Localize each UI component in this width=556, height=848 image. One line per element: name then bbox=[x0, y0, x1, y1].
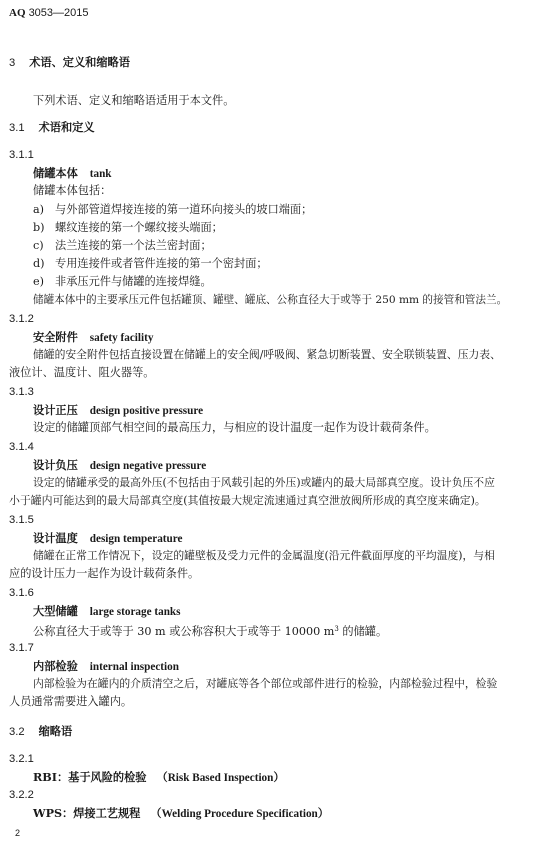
term-zh: 内部检验 bbox=[33, 659, 78, 673]
term-zh: 储罐本体 bbox=[33, 166, 78, 180]
term-definition-line: 设定的储罐承受的最高外压(不包括由于风载引起的外压)或罐内的最大局部真空度。设计… bbox=[33, 476, 495, 490]
list-item: d)专用连接件或者管件连接的第一个密封面； bbox=[33, 257, 268, 271]
term-zh: 设计负压 bbox=[33, 458, 78, 472]
term-zh: 设计正压 bbox=[33, 403, 78, 417]
standard-code: AQ bbox=[9, 7, 26, 19]
list-text: 法兰连接的第一个法兰密封面； bbox=[55, 239, 212, 252]
abbr-term: WPS：焊接工艺规程 bbox=[33, 806, 140, 820]
term-heading: 设计温度design temperature bbox=[33, 531, 182, 546]
list-text: 非承压元件与储罐的连接焊缝。 bbox=[55, 275, 212, 288]
list-marker: c) bbox=[33, 239, 55, 253]
list-item: a)与外部管道焊接连接的第一道环向接头的坡口端面； bbox=[33, 203, 312, 217]
list-marker: a) bbox=[33, 203, 55, 217]
list-marker: b) bbox=[33, 221, 55, 235]
section-title: 缩略语 bbox=[39, 726, 73, 738]
term-number: 3.1.4 bbox=[9, 440, 34, 454]
term-number: 3.1.3 bbox=[9, 385, 34, 399]
abbr-term: RBI：基于风险的检验 bbox=[33, 770, 147, 784]
list-item: e)非承压元件与储罐的连接焊缝。 bbox=[33, 275, 212, 289]
term-heading: 安全附件safety facility bbox=[33, 330, 153, 345]
term-heading: 储罐本体tank bbox=[33, 166, 112, 181]
section-3-heading: 3术语、定义和缩略语 bbox=[9, 56, 130, 70]
term-definition-line: 公称直径大于或等于 30 m 或公称容积大于或等于 10000 m3 的储罐。 bbox=[33, 622, 387, 639]
section-3-intro: 下列术语、定义和缩略语适用于本文件。 bbox=[33, 94, 234, 108]
term-number: 3.1.5 bbox=[9, 513, 34, 527]
standard-number: 3053—2015 bbox=[29, 7, 89, 19]
term-heading: 内部检验internal inspection bbox=[33, 659, 179, 674]
term-definition-line: 人员通常需要进入罐内。 bbox=[9, 695, 132, 709]
section-3-1-heading: 3.1术语和定义 bbox=[9, 121, 95, 135]
term-zh: 安全附件 bbox=[33, 330, 78, 344]
section-number: 3.1 bbox=[9, 122, 25, 134]
section-3-2-heading: 3.2缩略语 bbox=[9, 725, 72, 739]
list-text: 螺纹连接的第一个螺纹接头端面； bbox=[55, 221, 223, 234]
section-number: 3.2 bbox=[9, 726, 25, 738]
list-item: b)螺纹连接的第一个螺纹接头端面； bbox=[33, 221, 223, 235]
list-text: 与外部管道焊接连接的第一道环向接头的坡口端面； bbox=[55, 203, 312, 216]
term-definition-line: 储罐本体包括： bbox=[33, 184, 111, 198]
page-number: 2 bbox=[15, 826, 20, 840]
standard-header: AQ 3053—2015 bbox=[9, 6, 89, 20]
term-definition-line: 储罐在正常工作情况下，设定的罐壁板及受力元件的金属温度(沿元件截面厚度的平均温度… bbox=[33, 549, 495, 563]
term-definition-line: 设定的储罐顶部气相空间的最高压力，与相应的设计温度一起作为设计载荷条件。 bbox=[33, 421, 436, 435]
term-definition-line: 储罐本体中的主要承压元件包括罐顶、罐壁、罐底、公称直径大于或等于 250 mm … bbox=[33, 293, 507, 307]
list-marker: e) bbox=[33, 275, 55, 289]
section-title: 术语和定义 bbox=[39, 122, 95, 134]
term-en: tank bbox=[90, 168, 112, 180]
abbr-full: （Welding Procedure Specification） bbox=[150, 808, 329, 820]
term-definition-line: 内部检验为在罐内的介质清空之后，对罐底等各个部位或部件进行的检验，内部检验过程中… bbox=[33, 677, 497, 691]
section-title: 术语、定义和缩略语 bbox=[29, 57, 130, 69]
term-heading: 设计负压design negative pressure bbox=[33, 458, 206, 473]
term-number: 3.1.7 bbox=[9, 641, 34, 655]
term-definition-line: 储罐的安全附件包括直接设置在储罐上的安全阀/呼吸阀、紧急切断装置、安全联锁装置、… bbox=[33, 348, 501, 362]
list-text: 专用连接件或者管件连接的第一个密封面； bbox=[55, 257, 268, 270]
abbr-entry: WPS：焊接工艺规程（Welding Procedure Specificati… bbox=[33, 806, 329, 821]
section-number: 3 bbox=[9, 57, 15, 69]
term-zh: 大型储罐 bbox=[33, 604, 78, 618]
abbr-number: 3.2.1 bbox=[9, 752, 34, 766]
term-definition-line: 小于罐内可能达到的最大局部真空度(其值按最大规定流速通过真空泄放阀所形成的真空度… bbox=[9, 494, 486, 508]
term-number: 3.1.1 bbox=[9, 148, 34, 162]
term-heading: 大型储罐large storage tanks bbox=[33, 604, 181, 619]
term-en: large storage tanks bbox=[90, 606, 181, 618]
term-en: internal inspection bbox=[90, 661, 179, 673]
term-en: safety facility bbox=[90, 332, 154, 344]
list-marker: d) bbox=[33, 257, 55, 271]
term-en: design negative pressure bbox=[90, 460, 206, 472]
definition-text: 的储罐。 bbox=[339, 625, 387, 638]
term-zh: 设计温度 bbox=[33, 531, 78, 545]
term-en: design positive pressure bbox=[90, 405, 203, 417]
abbr-full: （Risk Based Inspection） bbox=[157, 772, 285, 784]
term-en: design temperature bbox=[90, 533, 183, 545]
abbr-entry: RBI：基于风险的检验（Risk Based Inspection） bbox=[33, 770, 285, 785]
abbr-number: 3.2.2 bbox=[9, 788, 34, 802]
term-number: 3.1.2 bbox=[9, 312, 34, 326]
term-definition-line: 液位计、温度计、阻火器等。 bbox=[9, 366, 154, 380]
term-heading: 设计正压design positive pressure bbox=[33, 403, 203, 418]
term-definition-line: 应的设计压力一起作为设计载荷条件。 bbox=[9, 567, 199, 581]
definition-text: 公称直径大于或等于 30 m 或公称容积大于或等于 10000 m bbox=[33, 625, 334, 638]
list-item: c)法兰连接的第一个法兰密封面； bbox=[33, 239, 212, 253]
term-number: 3.1.6 bbox=[9, 586, 34, 600]
